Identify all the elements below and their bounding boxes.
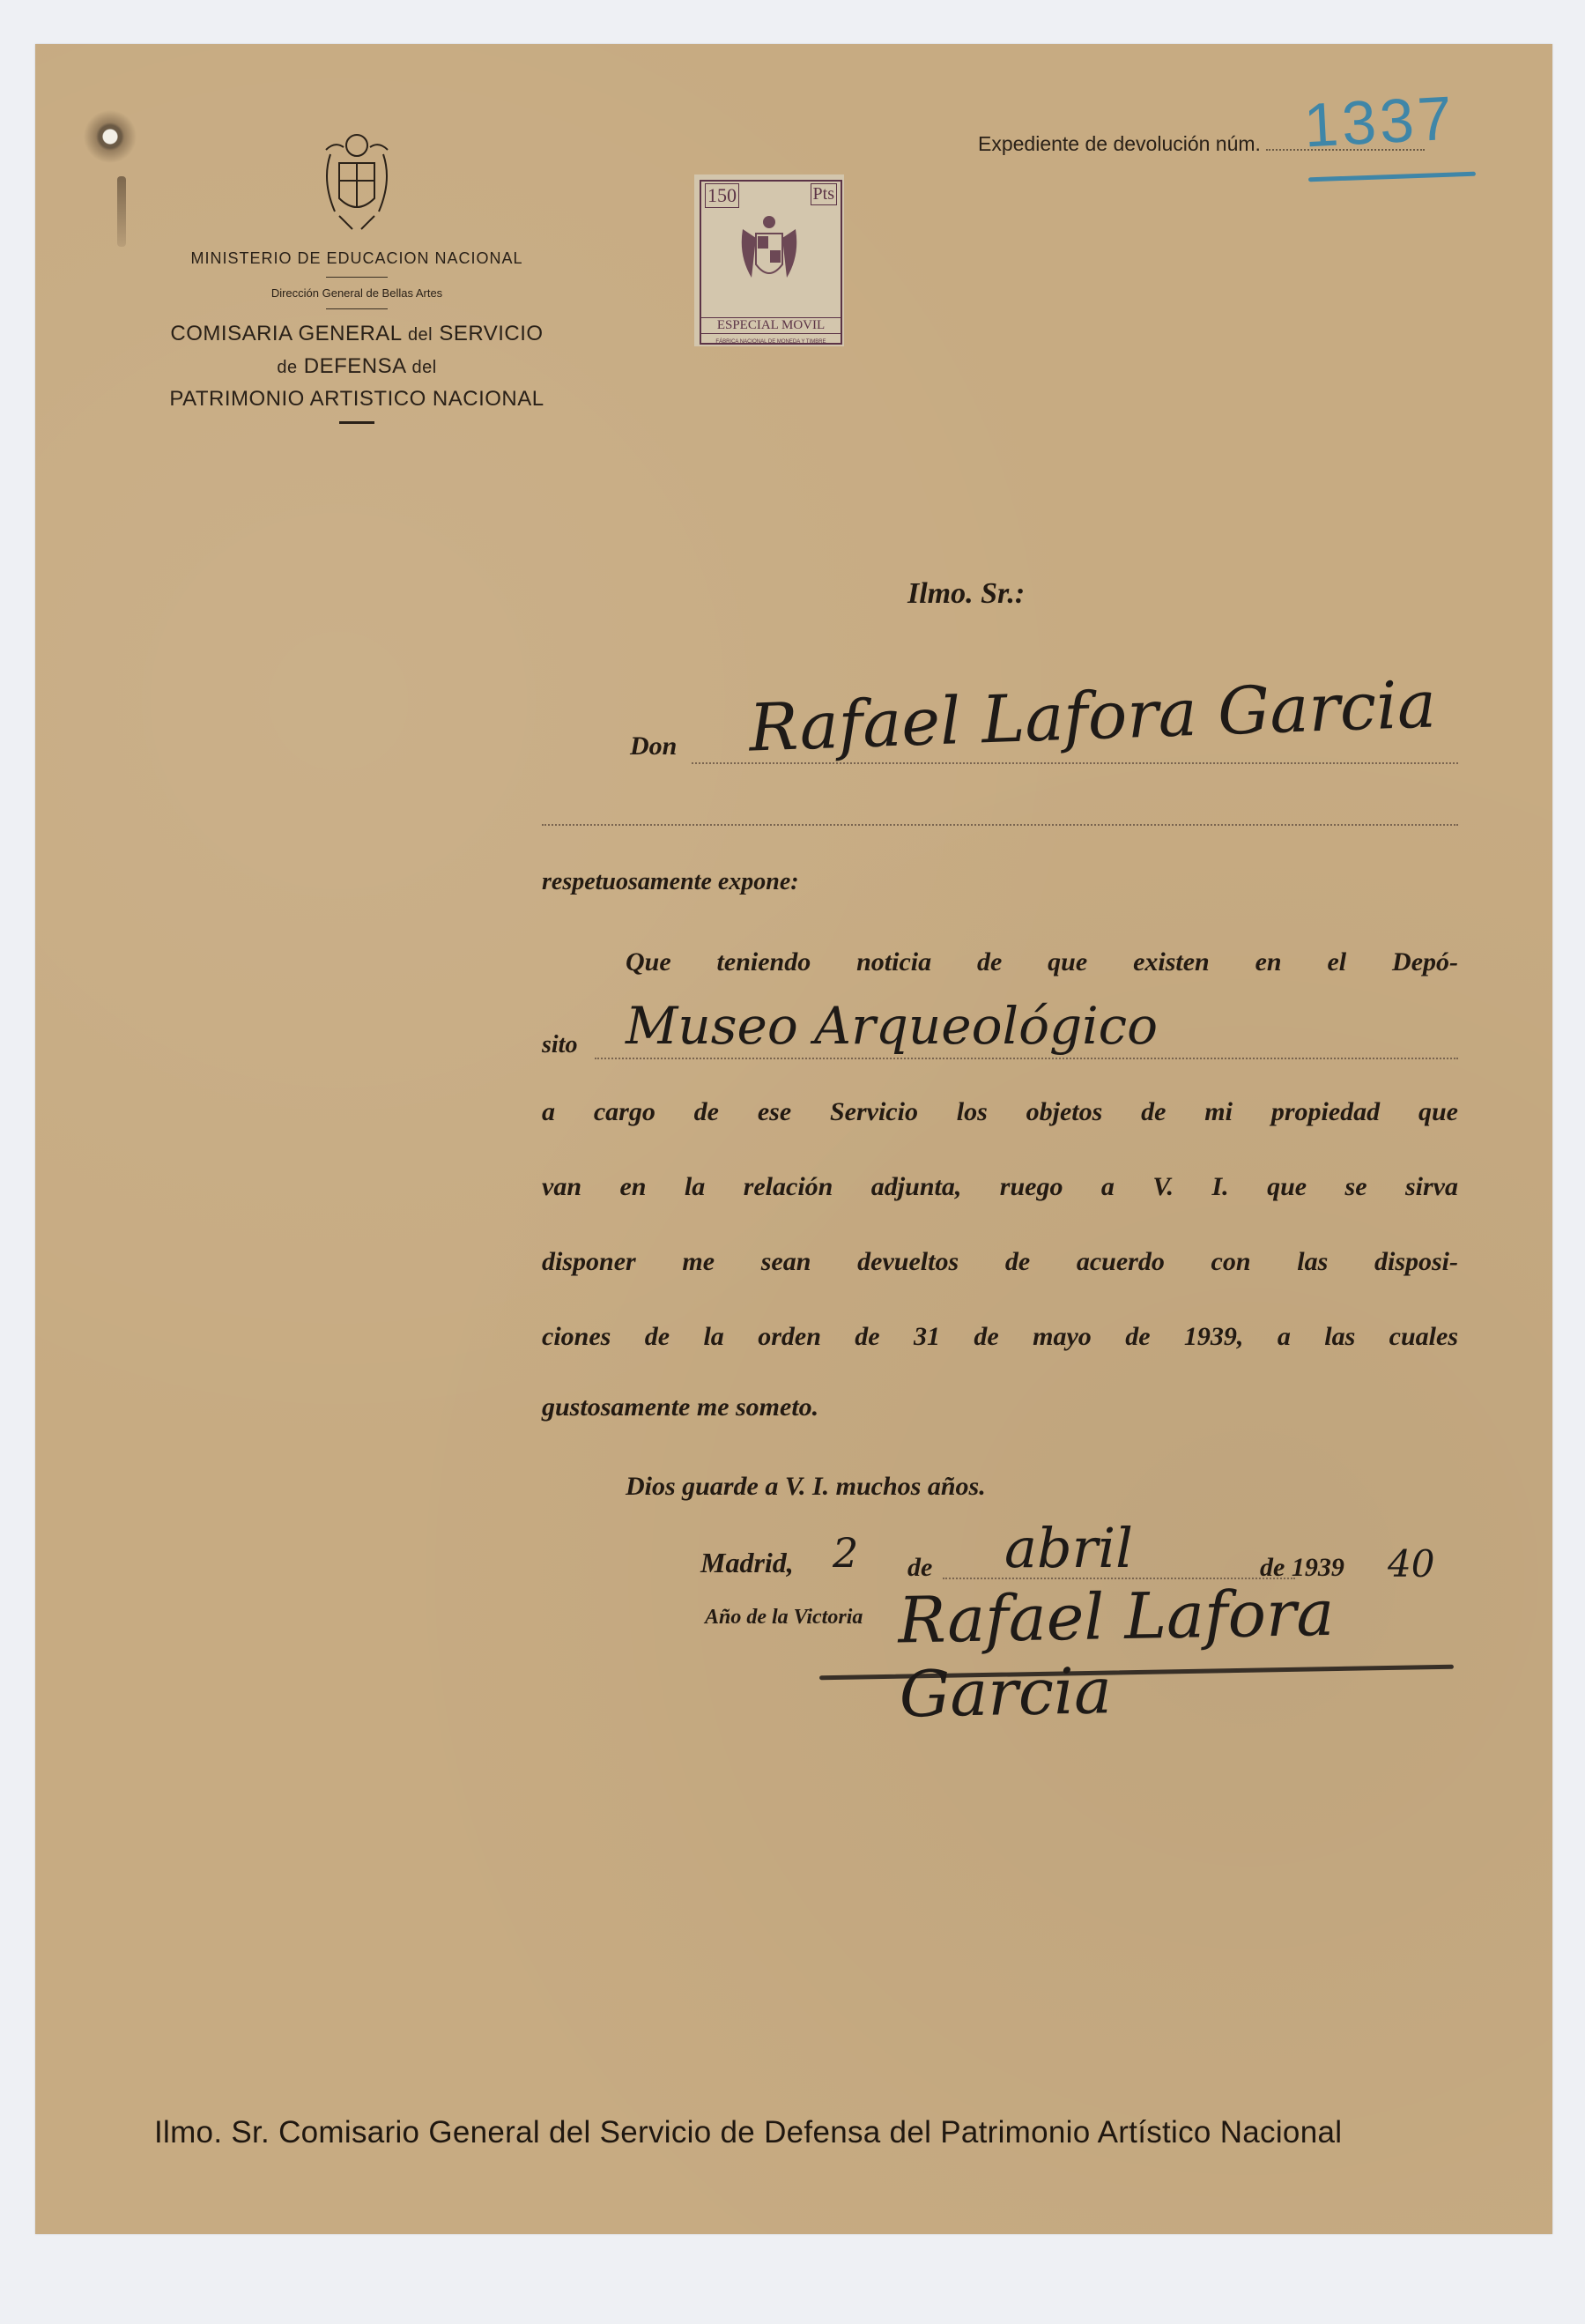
file-number-label: Expediente de devolución núm.: [978, 132, 1261, 155]
divider: [339, 421, 374, 424]
revenue-stamp: 150 Pts ESPECIAL MOVIL FÁBRICA NACIONAL …: [694, 174, 844, 346]
date-month: abril: [1004, 1516, 1133, 1580]
rust-streak: [117, 176, 126, 247]
stamp-label: ESPECIAL MOVIL: [701, 317, 841, 334]
stamp-unit: Pts: [811, 183, 837, 205]
applicant-label: Don: [630, 731, 677, 761]
body-line-2: a cargo de ese Servicio los objetos de m…: [542, 1097, 1458, 1127]
file-number-underline: [1308, 172, 1476, 182]
divider: [326, 308, 388, 309]
date-de: de: [907, 1553, 932, 1583]
date-city: Madrid,: [700, 1547, 794, 1579]
document-page: MINISTERIO DE EDUCACION NACIONAL Direcci…: [35, 44, 1552, 2234]
eagle-shield-icon: [738, 212, 800, 291]
body-line-3: van en la relación adjunta, ruego a V. I…: [542, 1172, 1458, 1202]
punch-hole: [84, 110, 137, 163]
era-label: Año de la Victoria: [705, 1606, 863, 1630]
deposit-label: sito: [542, 1031, 577, 1059]
body-line-6: gustosamente me someto.: [542, 1392, 1458, 1422]
applicant-line-2: [542, 824, 1458, 826]
closing-formula: Dios guarde a V. I. muchos años.: [626, 1472, 986, 1502]
deposit-value: Museo Arqueológico: [626, 996, 1158, 1056]
stamp-mint: FÁBRICA NACIONAL DE MONEDA Y TIMBRE: [701, 339, 841, 345]
letterhead: MINISTERIO DE EDUCACION NACIONAL Direcci…: [150, 128, 564, 424]
stamp-value: 150: [705, 183, 739, 208]
direction-name: Dirección General de Bellas Artes: [150, 286, 564, 300]
signature: Rafael Lafora Garcia: [898, 1572, 1554, 1732]
salutation: Ilmo. Sr.:: [907, 577, 1025, 611]
file-number-handwritten: 1337: [1302, 83, 1457, 161]
addressee-footer: Ilmo. Sr. Comisario General del Servicio…: [154, 2115, 1342, 2150]
intro-text: respetuosamente expone:: [542, 868, 799, 896]
body-line-4: disponer me sean devueltos de acuerdo co…: [542, 1247, 1458, 1277]
date-day: 2: [833, 1529, 858, 1577]
commission-name: COMISARIA GENERAL del SERVICIO de DEFENS…: [150, 318, 564, 414]
coat-of-arms-icon: [313, 128, 401, 234]
deposit-line: [595, 1058, 1458, 1059]
body-line-1: Que teniendo noticia de que existen en e…: [626, 947, 1458, 977]
body-line-5: ciones de la orden de 31 de mayo de 1939…: [542, 1322, 1458, 1352]
ministry-name: MINISTERIO DE EDUCACION NACIONAL: [150, 249, 564, 268]
applicant-name: Rafael Lafora Garcia: [748, 666, 1438, 766]
divider: [326, 277, 388, 278]
